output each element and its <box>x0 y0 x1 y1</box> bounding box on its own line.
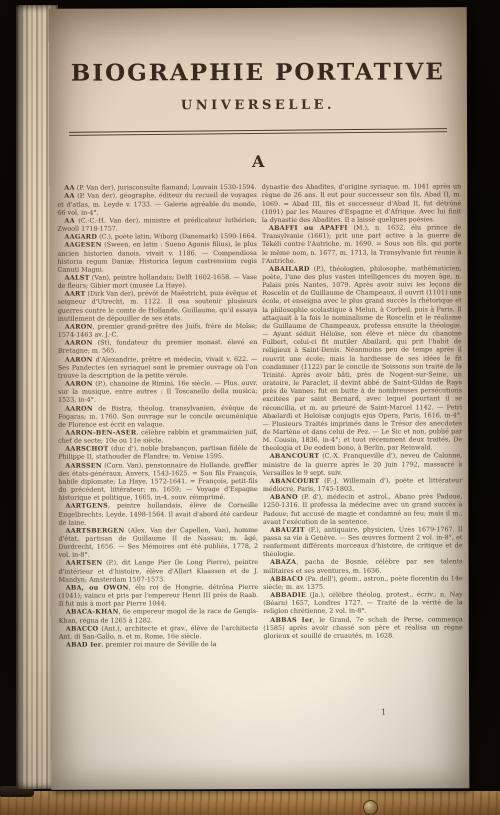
dictionary-entry: AARSSEN (Corn. Van), pensionnaire de Hol… <box>58 461 258 502</box>
printer-signature: 1 <box>381 708 386 717</box>
text-columns: AA (P. Van der), jurisconsulte flamand; … <box>49 183 469 649</box>
entry-headword: AARSCHOT <box>65 445 108 453</box>
entry-headword: ABAUZIT <box>270 526 305 534</box>
entry-headword: AALST <box>65 274 90 282</box>
section-letter: A <box>49 152 467 172</box>
entry-headword: AA <box>64 217 74 225</box>
entry-headword: ABAFFI ou APAFFI <box>269 224 348 232</box>
dictionary-entry: ABACA-KHAN, 6e empereur mogol de la race… <box>59 607 259 624</box>
dictionary-entry: AARSCHOT (duc d'), noble brabançon, part… <box>58 444 258 461</box>
entry-headword: AAGARD <box>64 233 97 241</box>
entry-headword: ABANCOURT <box>270 477 320 485</box>
dictionary-entry: ABACCO (Ant.), architecte et grav., élèv… <box>59 624 259 641</box>
stand-screw <box>363 800 378 815</box>
entry-headword: AAGESEN <box>64 241 101 249</box>
dictionary-entry: AARON d'Alexandrie, prêtre et médecin, v… <box>58 355 258 380</box>
dictionary-entry: AARON de Bistra, théolog. transylvanien,… <box>58 404 258 429</box>
entry-headword: AARTSEN <box>66 559 103 567</box>
dictionary-entry: ABANCOURT (F.-J. Willemain d'), poète et… <box>263 476 463 493</box>
entry-headword: ABAILARD <box>269 265 310 273</box>
entry-headword: ABBADIE <box>270 591 306 599</box>
dictionary-entry: AAGESEN (Sween, en latin : Sueno Agonis … <box>57 240 257 273</box>
entry-headword: ABBACO <box>270 575 303 583</box>
entry-headword: AARON <box>65 380 93 388</box>
dictionary-entry: ABAUZIT (F.), antiquaire, physicien, Uzè… <box>263 525 463 558</box>
entry-headword: AARSSEN <box>65 461 102 469</box>
dictionary-entry: ABAILARD (P.), théologien, philosophe, m… <box>262 264 462 452</box>
dictionary-entry: AARON (St), fondateur du premier monast.… <box>58 338 258 355</box>
entry-headword: ABACA-KHAN <box>66 608 119 616</box>
entry-headword: AARON-BEN-ASER <box>65 428 136 436</box>
entry-headword: ABA, ou OWON <box>66 583 129 591</box>
dictionary-entry: AA (P. Van der), géographe, éditeur du r… <box>57 191 257 216</box>
dictionary-entry: ABBAS Ier, le Grand, 7e schah de Perse, … <box>263 615 463 640</box>
entry-headword: ABANO <box>270 493 298 501</box>
wooden-table <box>0 791 500 815</box>
divider-rule <box>69 128 447 136</box>
entry-headword: AARTSBERGEN <box>65 526 124 534</box>
book-title: BIOGRAPHIE PORTATIVE <box>49 59 467 86</box>
dictionary-entry: ABAFFI ou APAFFI (M.), n. 1632, élu prin… <box>262 223 462 264</box>
entry-headword: ABAD Ier <box>66 641 102 649</box>
dictionary-entry: AARON (P.), chanoine de Rimini, 16e sièc… <box>58 379 258 404</box>
dictionary-entry: dynastie des Abadites, d'origine syriaqu… <box>262 183 462 224</box>
dictionary-entry: AARTGENS, peintre hollandais, élève de C… <box>58 501 258 526</box>
entry-headword: AA <box>64 184 74 192</box>
entry-headword: AARON <box>65 339 93 347</box>
dictionary-entry: ABANO (P. d'), médecin et astrol., Abano… <box>263 493 463 526</box>
right-column: dynastie des Abadites, d'origine syriaqu… <box>262 183 463 649</box>
dictionary-entry: AARON, premier grand-prêtre des Juifs, f… <box>58 322 258 339</box>
dictionary-entry: AARTSEN (P.), dit Lange Pier (le Long Pi… <box>59 558 259 583</box>
entry-headword: ABACCO <box>66 624 99 632</box>
dictionary-entry: ABBACO (Pa. dell'), géom., astron., poèt… <box>263 574 463 591</box>
entry-headword: ABANCOURT <box>270 452 320 460</box>
dictionary-entry: ABAD Ier, premier roi maure de Séville d… <box>59 640 259 649</box>
book-page: BIOGRAPHIE PORTATIVE UNIVERSELLE. A AA (… <box>49 7 470 789</box>
dictionary-entry: ABA, ou OWON, élu roi de Hongrie, détrôn… <box>59 583 259 608</box>
entry-headword: AARON <box>65 323 93 331</box>
entry-headword: AARON <box>65 404 93 412</box>
dictionary-entry: AALST (Van), peintre hollandais; Delft 1… <box>58 273 258 290</box>
left-column: AA (P. Van der), jurisconsulte flamand; … <box>57 183 258 649</box>
dictionary-entry: AARON-BEN-ASER, célèbre rabbin et gramma… <box>58 428 258 445</box>
entry-headword: AA <box>64 192 74 200</box>
book-photograph: BIOGRAPHIE PORTATIVE UNIVERSELLE. A AA (… <box>0 0 500 815</box>
entry-headword: AARTGENS <box>65 502 108 510</box>
entry-headword: ABAZA <box>270 558 296 566</box>
dictionary-entry: AARTSBERGEN (Alex. Van der Capellen, Van… <box>58 526 258 559</box>
dictionary-entry: AA (C.-C.-H. Van der), ministre et prédi… <box>57 216 257 233</box>
dictionary-entry: ABANCOURT (C.-X. Franqueville d'), neveu… <box>263 452 463 477</box>
dictionary-entry: AART (Dirk Van der), prévôt de Maëstrich… <box>58 289 258 322</box>
entry-headword: ABBAS Ier <box>270 615 313 623</box>
dictionary-entry: ABBADIE (Ja.), célèbre théolog. protest.… <box>263 590 463 615</box>
dictionary-entry: ABAZA, pacha de Bosnie, célèbre par ses … <box>263 558 463 575</box>
entry-headword: AART <box>65 290 86 298</box>
book-subtitle: UNIVERSELLE. <box>49 98 467 114</box>
entry-headword: AARON <box>65 355 93 363</box>
